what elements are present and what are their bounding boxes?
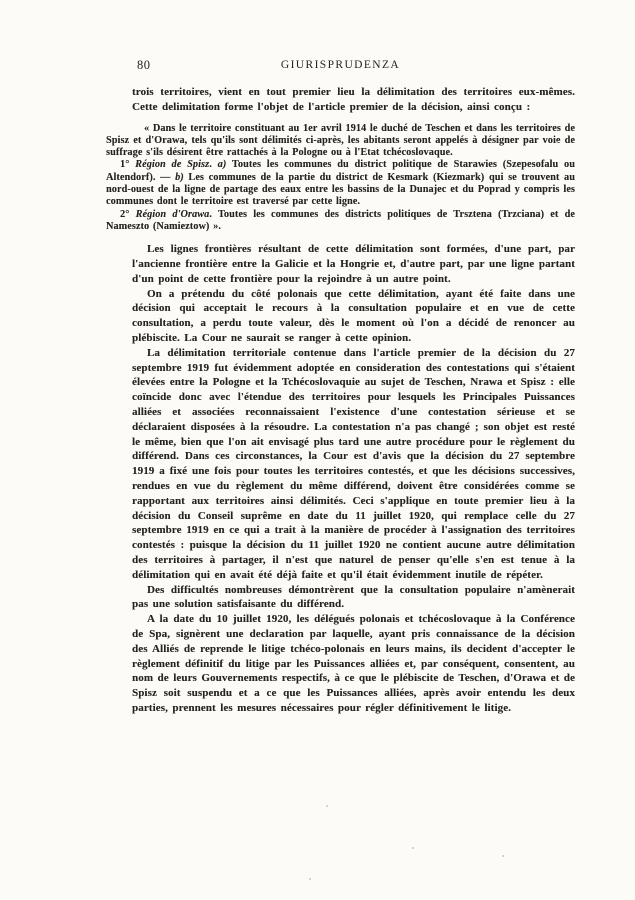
decision-quote-block: « Dans le territoire constituant au 1er …	[106, 123, 575, 234]
quote-paragraph-1: « Dans le territoire constituant au 1er …	[106, 123, 575, 160]
text-run-italic: a)	[218, 159, 227, 170]
scan-speck	[326, 805, 328, 807]
text-run: 1°	[120, 159, 135, 170]
text-run: .	[209, 209, 218, 220]
body-paragraph: A la date du 10 juillet 1920, les délégu…	[132, 612, 575, 716]
scan-speck	[502, 855, 504, 857]
quote-paragraph-2: 1° Région de Spisz. a) Toutes les commun…	[106, 159, 575, 208]
scanned-page: 80 GIURISPRUDENZA trois territoires, vie…	[0, 0, 635, 900]
running-title: GIURISPRUDENZA	[106, 59, 575, 71]
text-run-italic: Région de Spisz	[135, 159, 209, 170]
scan-speck	[412, 847, 414, 849]
body-paragraph: Les lignes frontières résultant de cette…	[132, 242, 575, 286]
text-run-italic: b)	[175, 172, 184, 183]
body-paragraph: Des difficultés nombreuses démontrèrent …	[132, 583, 575, 613]
text-column: trois territoires, vient en tout premier…	[106, 85, 575, 716]
scan-speck	[309, 878, 311, 880]
text-run: 2°	[120, 209, 136, 220]
scan-speck	[556, 141, 558, 143]
paragraph-intro: trois territoires, vient en tout premier…	[132, 85, 575, 115]
body-paragraph: On a prétendu du côté polonais que cette…	[132, 287, 575, 346]
text-run: .	[209, 159, 217, 170]
body-paragraph: La délimitation territoriale contenue da…	[132, 346, 575, 583]
text-run-italic: Région d'Orawa	[136, 209, 210, 220]
quote-paragraph-3: 2° Région d'Orawa. Toutes les communes d…	[106, 209, 575, 234]
